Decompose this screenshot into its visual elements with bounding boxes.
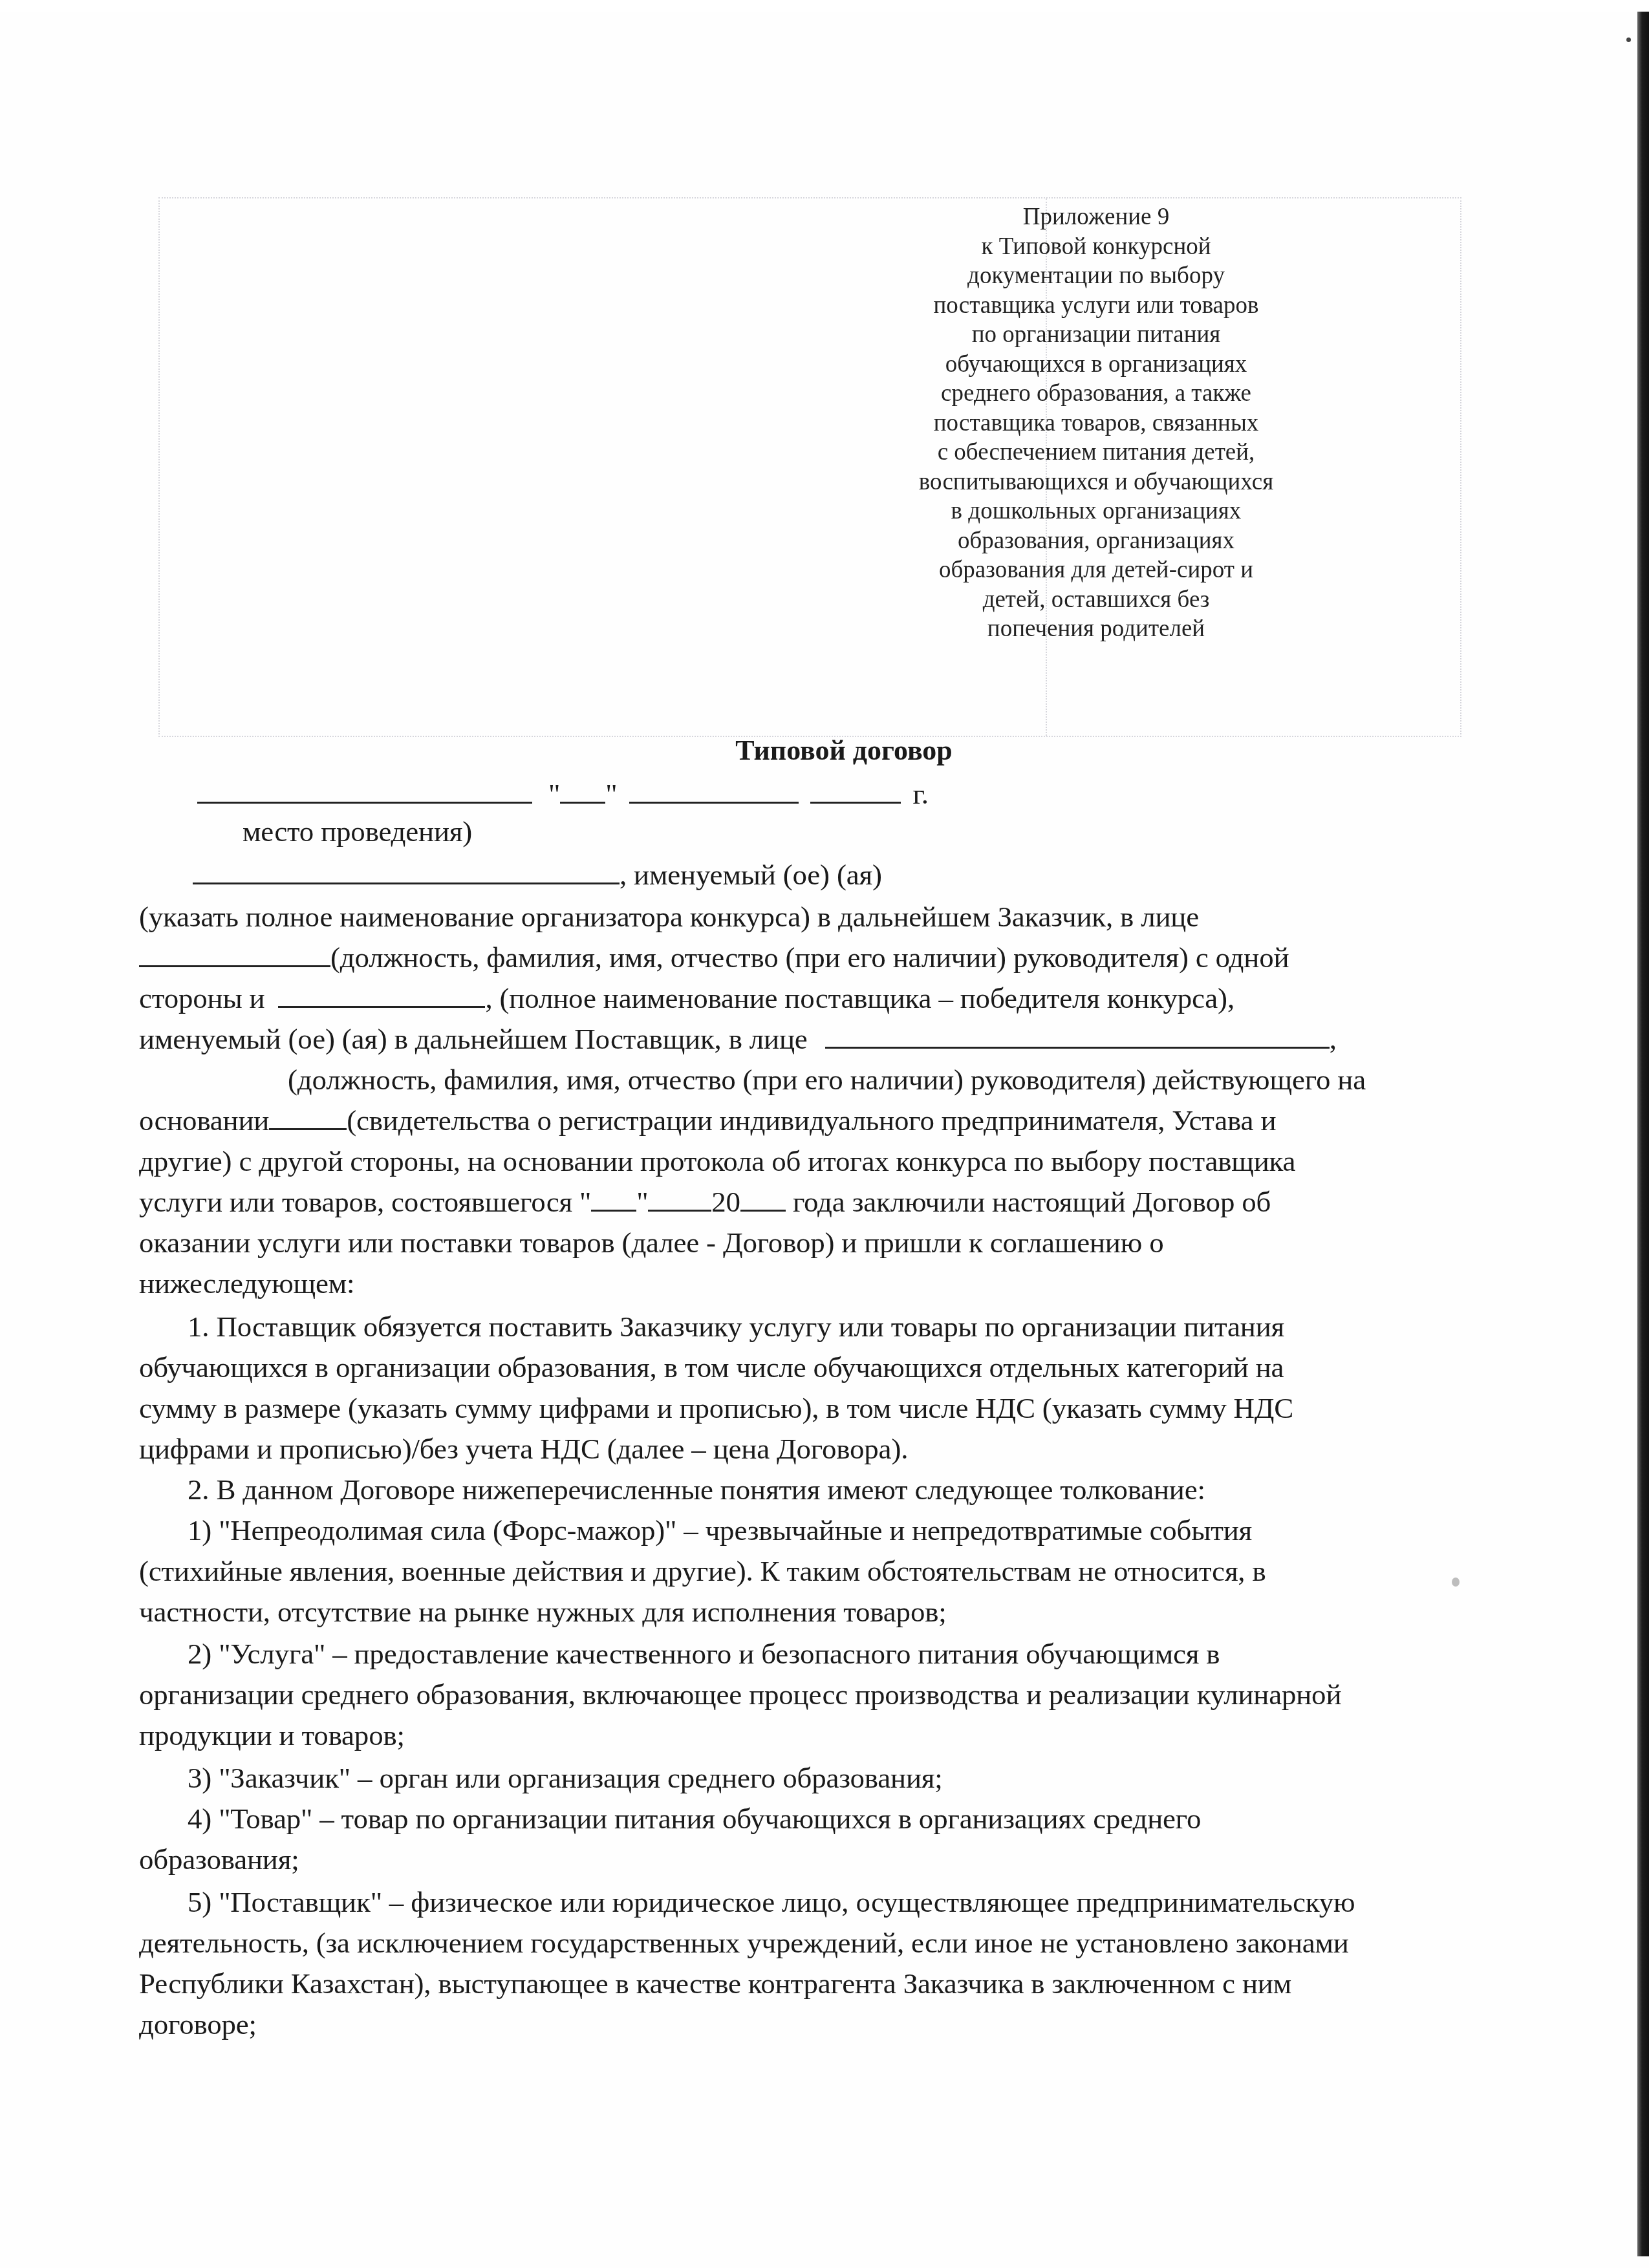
clause-1-line: сумму в размере (указать сумму цифрами и… xyxy=(139,1390,1293,1426)
preamble-line: оказании услуги или поставки товаров (да… xyxy=(139,1225,1164,1261)
preamble-line: нижеследующем: xyxy=(139,1265,354,1301)
organizer-line: , именуемый (ое) (ая) xyxy=(193,857,882,893)
appendix-line: Приложение 9 xyxy=(889,202,1303,232)
basis-blank[interactable] xyxy=(269,1106,347,1130)
definition-supplier: 5) "Поставщик" – физическое или юридичес… xyxy=(188,1884,1355,1920)
appendix-line: обучающихся в организациях xyxy=(889,350,1303,380)
appendix-line: образования для детей-сирот и xyxy=(889,555,1303,585)
scan-speck xyxy=(1626,37,1631,42)
customer-rep-blank[interactable] xyxy=(139,943,330,967)
preamble-line: именуемый (ое) (ая) в дальнейшем Поставщ… xyxy=(139,1021,1337,1057)
definition-service: организации среднего образования, включа… xyxy=(139,1676,1341,1713)
scan-margin-top xyxy=(0,0,1649,12)
definition-supplier: деятельность, (за исключением государств… xyxy=(139,1925,1349,1961)
month-blank[interactable] xyxy=(629,780,799,804)
definition-goods: 4) "Товар" – товар по организации питани… xyxy=(188,1801,1201,1837)
appendix-line: среднего образования, а также xyxy=(889,379,1303,409)
preamble-line: услуги или товаров, состоявшегося ""20 г… xyxy=(139,1184,1271,1220)
preamble-line: (должность, фамилия, имя, отчество (при … xyxy=(139,939,1289,976)
organizer-name-blank[interactable] xyxy=(193,861,620,884)
clause-2-line: 2. В данном Договоре нижеперечисленные п… xyxy=(188,1471,1205,1508)
protocol-month-blank[interactable] xyxy=(648,1188,711,1212)
appendix-line: с обеспечением питания детей, xyxy=(889,438,1303,467)
clause-1-line: обучающихся в организации образования, в… xyxy=(139,1349,1284,1385)
year-blank[interactable] xyxy=(810,780,901,804)
preamble-line: стороны и , (полное наименование поставщ… xyxy=(139,980,1234,1016)
appendix-line: образования, организациях xyxy=(889,526,1303,556)
appendix-line: поставщика товаров, связанных xyxy=(889,409,1303,438)
appendix-line: к Типовой конкурсной xyxy=(889,232,1303,262)
definition-goods: образования; xyxy=(139,1841,299,1878)
definition-service: продукции и товаров; xyxy=(139,1717,405,1753)
appendix-line: документации по выбору xyxy=(889,261,1303,291)
appendix-line: детей, оставшихся без xyxy=(889,585,1303,615)
definition-force-majeure: (стихийные явления, военные действия и д… xyxy=(139,1553,1266,1589)
preamble-line: (указать полное наименование организатор… xyxy=(139,899,1199,935)
appendix-line: в дошкольных организациях xyxy=(889,497,1303,526)
place-caption: место проведения) xyxy=(242,813,472,850)
appendix-line: поставщика услуги или товаров xyxy=(889,291,1303,321)
supplier-name-blank[interactable] xyxy=(278,984,485,1008)
protocol-day-blank[interactable] xyxy=(591,1188,636,1212)
scan-speck xyxy=(1452,1578,1460,1587)
definition-customer: 3) "Заказчик" – орган или организация ср… xyxy=(188,1760,943,1796)
appendix-line: попечения родителей xyxy=(889,614,1303,644)
clause-1-line: 1. Поставщик обязуется поставить Заказчи… xyxy=(188,1309,1284,1345)
document-page: Приложение 9 к Типовой конкурсной докуме… xyxy=(0,0,1649,2268)
clause-1-line: цифрами и прописью)/без учета НДС (далее… xyxy=(139,1431,908,1467)
appendix-line: по организации питания xyxy=(889,320,1303,350)
preamble-line: другие) с другой стороны, на основании п… xyxy=(139,1143,1295,1179)
appendix-line: воспитывающихся и обучающихся xyxy=(889,467,1303,497)
supplier-rep-blank[interactable] xyxy=(825,1025,1330,1049)
preamble-line: основании(свидетельства о регистрации ин… xyxy=(139,1102,1276,1139)
appendix-note: Приложение 9 к Типовой конкурсной докуме… xyxy=(889,202,1303,644)
definition-supplier: Республики Казахстан), выступающее в кач… xyxy=(139,1965,1291,2002)
preamble-line: (должность, фамилия, имя, отчество (при … xyxy=(288,1062,1366,1098)
scan-edge-shadow xyxy=(1637,12,1649,2256)
place-blank[interactable] xyxy=(197,780,532,804)
definition-force-majeure: частности, отсутствие на рынке нужных дл… xyxy=(139,1594,947,1630)
day-blank[interactable] xyxy=(560,780,605,804)
definition-service: 2) "Услуга" – предоставление качественно… xyxy=(188,1636,1220,1672)
definition-supplier: договоре; xyxy=(139,2006,257,2042)
protocol-year-blank[interactable] xyxy=(740,1188,786,1212)
place-date-line: "" г. xyxy=(197,776,929,812)
document-title: Типовой договор xyxy=(0,734,1649,767)
definition-force-majeure: 1) "Непреодолимая сила (Форс-мажор)" – ч… xyxy=(188,1512,1252,1548)
